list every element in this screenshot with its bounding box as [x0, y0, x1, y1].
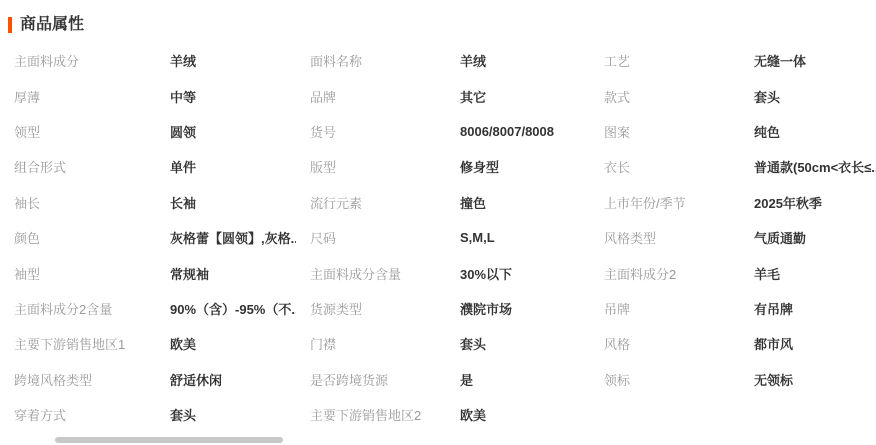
attribute-value: 纯色 [754, 122, 876, 141]
attribute-row: 工艺无缝一体 [590, 43, 876, 78]
attribute-row: 主要下游销售地区1欧美 [0, 326, 296, 361]
attribute-value: 欧美 [170, 334, 296, 353]
attribute-label: 主面料成分 [14, 51, 170, 70]
section-header: 商品属性 [0, 0, 876, 33]
attribute-row: 版型修身型 [296, 149, 590, 184]
attribute-row: 主面料成分羊绒 [0, 43, 296, 78]
attribute-value: 无缝一体 [754, 51, 876, 70]
attribute-label: 主要下游销售地区2 [310, 405, 460, 424]
attribute-label: 跨境风格类型 [14, 370, 170, 389]
attribute-value: 濮院市场 [460, 299, 590, 318]
attribute-value: 中等 [170, 87, 296, 106]
attribute-label: 领标 [604, 370, 754, 389]
attribute-row: 跨境风格类型舒适休闲 [0, 362, 296, 397]
attribute-label: 领型 [14, 122, 170, 141]
attribute-value: 有吊牌 [754, 299, 876, 318]
attribute-value: 长袖 [170, 193, 296, 212]
attribute-row: 面料名称羊绒 [296, 43, 590, 78]
attribute-label: 主面料成分2 [604, 264, 754, 283]
attribute-row: 图案纯色 [590, 114, 876, 149]
attribute-row: 穿着方式套头 [0, 397, 296, 432]
attribute-label: 面料名称 [310, 51, 460, 70]
attribute-value: 羊绒 [170, 51, 296, 70]
horizontal-scrollbar-thumb[interactable] [55, 437, 283, 443]
attribute-row: 吊牌有吊牌 [590, 291, 876, 326]
attribute-label: 流行元素 [310, 193, 460, 212]
attribute-row: 袖型常规袖 [0, 255, 296, 290]
attribute-value: 灰格蕾【圆领】,灰格... [170, 228, 296, 247]
attribute-label: 尺码 [310, 228, 460, 247]
attribute-value: 欧美 [460, 405, 590, 424]
attribute-label: 颜色 [14, 228, 170, 247]
attribute-value: 2025年秋季 [754, 193, 876, 212]
attribute-row: 袖长长袖 [0, 185, 296, 220]
attribute-row: 风格都市风 [590, 326, 876, 361]
attribute-value: 无领标 [754, 370, 876, 389]
attribute-label: 是否跨境货源 [310, 370, 460, 389]
attribute-value: 舒适休闲 [170, 370, 296, 389]
attribute-row: 风格类型气质通勤 [590, 220, 876, 255]
attribute-label: 货源类型 [310, 299, 460, 318]
attribute-label: 版型 [310, 157, 460, 176]
attribute-value: 修身型 [460, 157, 590, 176]
attribute-label: 主面料成分2含量 [14, 299, 170, 318]
attribute-value: 8006/8007/8008 [460, 124, 590, 139]
attribute-value: 普通款(50cm<衣长≤... [754, 157, 876, 176]
attributes-table: 主面料成分羊绒面料名称羊绒工艺无缝一体厚薄中等品牌其它款式套头领型圆领货号800… [0, 43, 876, 432]
attribute-label: 风格 [604, 334, 754, 353]
attribute-row: 尺码S,M,L [296, 220, 590, 255]
attribute-value: 套头 [754, 87, 876, 106]
attribute-value: 撞色 [460, 193, 590, 212]
product-attributes-panel: 商品属性 主面料成分羊绒面料名称羊绒工艺无缝一体厚薄中等品牌其它款式套头领型圆领… [0, 0, 876, 445]
attribute-value: 90%（含）-95%（不... [170, 299, 296, 318]
attribute-value: 是 [460, 370, 590, 389]
attribute-label: 衣长 [604, 157, 754, 176]
attribute-row: 主面料成分2含量90%（含）-95%（不... [0, 291, 296, 326]
attribute-row: 门襟套头 [296, 326, 590, 361]
attribute-row: 品牌其它 [296, 78, 590, 113]
attribute-row: 领标无领标 [590, 362, 876, 397]
attribute-value: 单件 [170, 157, 296, 176]
attribute-row: 流行元素撞色 [296, 185, 590, 220]
attribute-label: 款式 [604, 87, 754, 106]
attribute-value: 30%以下 [460, 264, 590, 283]
accent-bar-icon [8, 17, 12, 33]
attribute-row: 颜色灰格蕾【圆领】,灰格... [0, 220, 296, 255]
attribute-label: 货号 [310, 122, 460, 141]
attribute-label: 穿着方式 [14, 405, 170, 424]
attribute-label: 图案 [604, 122, 754, 141]
attribute-label: 工艺 [604, 51, 754, 70]
attribute-row: 货源类型濮院市场 [296, 291, 590, 326]
attribute-label: 吊牌 [604, 299, 754, 318]
attribute-value: 都市风 [754, 334, 876, 353]
attribute-label: 主面料成分含量 [310, 264, 460, 283]
attribute-label: 袖长 [14, 193, 170, 212]
attribute-value: 常规袖 [170, 264, 296, 283]
attribute-row: 主面料成分含量30%以下 [296, 255, 590, 290]
attribute-label: 主要下游销售地区1 [14, 334, 170, 353]
attribute-label: 品牌 [310, 87, 460, 106]
attribute-row: 组合形式单件 [0, 149, 296, 184]
attribute-row: 是否跨境货源是 [296, 362, 590, 397]
attribute-label: 风格类型 [604, 228, 754, 247]
page-title: 商品属性 [20, 17, 84, 33]
attribute-row: 主面料成分2羊毛 [590, 255, 876, 290]
attribute-row: 衣长普通款(50cm<衣长≤... [590, 149, 876, 184]
attribute-row: 上市年份/季节2025年秋季 [590, 185, 876, 220]
attribute-label: 袖型 [14, 264, 170, 283]
attribute-label: 厚薄 [14, 87, 170, 106]
attribute-value: 套头 [170, 405, 296, 424]
attribute-label: 门襟 [310, 334, 460, 353]
attribute-label: 组合形式 [14, 157, 170, 176]
attribute-row: 领型圆领 [0, 114, 296, 149]
attribute-value: 套头 [460, 334, 590, 353]
attribute-value: 羊绒 [460, 51, 590, 70]
attribute-value: 羊毛 [754, 264, 876, 283]
attribute-row: 款式套头 [590, 78, 876, 113]
attribute-value: 圆领 [170, 122, 296, 141]
attribute-value: 其它 [460, 87, 590, 106]
attribute-row: 货号8006/8007/8008 [296, 114, 590, 149]
attribute-value: 气质通勤 [754, 228, 876, 247]
attribute-value: S,M,L [460, 230, 590, 245]
attribute-row: 主要下游销售地区2欧美 [296, 397, 590, 432]
attribute-row: 厚薄中等 [0, 78, 296, 113]
attribute-label: 上市年份/季节 [604, 193, 754, 212]
